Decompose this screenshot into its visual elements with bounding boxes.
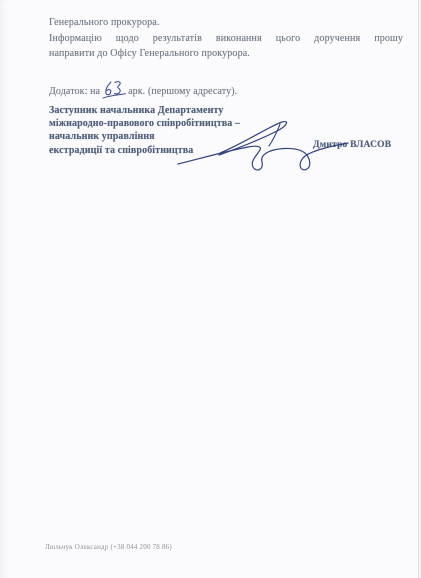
request-paragraph-line2: направити до Офісу Генерального прокурор…: [49, 48, 250, 59]
scan-edge-artifact-line: [418, 0, 419, 578]
request-paragraph-line1: Інформацію щодо результатів виконання ць…: [49, 33, 403, 44]
attachment-suffix: арк. (першому адресату).: [128, 86, 237, 97]
executor-contact-note: Люльчук Олександр (+38 044 200 78 86): [45, 543, 172, 551]
signature-scribble: [172, 112, 350, 176]
attachment-prefix: Додаток: на: [49, 86, 100, 97]
attachment-note: Додаток: на арк. (першому адресату).: [49, 80, 237, 101]
paragraph-continuation-line: Генерального прокурора.: [49, 17, 160, 28]
document-page: Генерального прокурора. Інформацію щодо …: [0, 0, 421, 578]
handwritten-page-count-scribble: [102, 80, 127, 101]
